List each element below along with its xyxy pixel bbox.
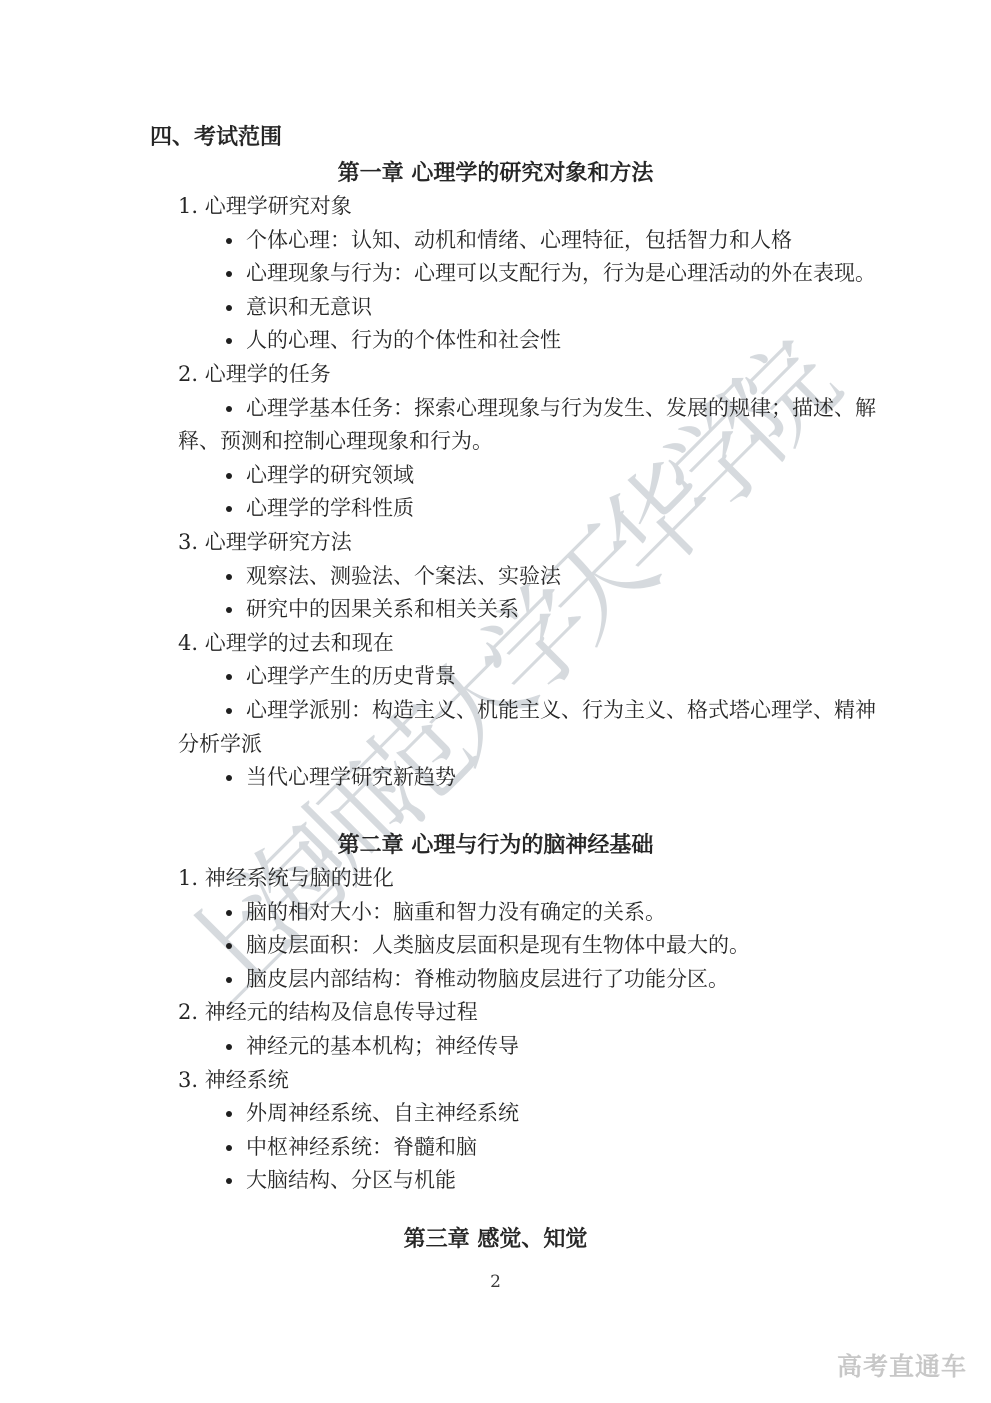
bullet-icon (226, 473, 232, 479)
item-text: 脑的相对大小：脑重和智力没有确定的关系。 (0, 896, 666, 930)
list-item-continuation: 分析学派 (0, 728, 991, 762)
item-text: 1. 心理学研究对象 (0, 190, 352, 224)
item-text: 研究中的因果关系和相关关系 (0, 593, 519, 627)
list-item: 3. 心理学研究方法 (0, 526, 991, 560)
chapter-3-title: 第三章 感觉、知觉 (0, 1222, 991, 1253)
list-item: 3. 神经系统 (0, 1064, 991, 1098)
list-item: 心理现象与行为：心理可以支配行为，行为是心理活动的外在表现。 (0, 257, 991, 291)
list-item: 1. 神经系统与脑的进化 (0, 862, 991, 896)
item-text: 3. 心理学研究方法 (0, 526, 352, 560)
list-item: 脑皮层内部结构：脊椎动物脑皮层进行了功能分区。 (0, 963, 991, 997)
bullet-icon (226, 977, 232, 983)
section-heading: 四、考试范围 (150, 120, 282, 151)
bullet-icon (226, 1044, 232, 1050)
item-text: 心理学派别：构造主义、机能主义、行为主义、格式塔心理学、精神 (0, 694, 876, 728)
item-text: 人的心理、行为的个体性和社会性 (0, 324, 561, 358)
page-number: 2 (0, 1272, 991, 1292)
list-item: 脑的相对大小：脑重和智力没有确定的关系。 (0, 896, 991, 930)
list-item: 观察法、测验法、个案法、实验法 (0, 560, 991, 594)
list-item-continuation: 释、预测和控制心理现象和行为。 (0, 425, 991, 459)
list-item: 意识和无意识 (0, 291, 991, 325)
list-item: 人的心理、行为的个体性和社会性 (0, 324, 991, 358)
item-text: 2. 神经元的结构及信息传导过程 (0, 996, 478, 1030)
item-text: 3. 神经系统 (0, 1064, 289, 1098)
bullet-icon (226, 1145, 232, 1151)
list-item: 个体心理：认知、动机和情绪、心理特征，包括智力和人格 (0, 224, 991, 258)
list-item: 2. 心理学的任务 (0, 358, 991, 392)
item-text: 中枢神经系统：脊髓和脑 (0, 1131, 477, 1165)
list-item: 4. 心理学的过去和现在 (0, 627, 991, 661)
list-item: 心理学的学科性质 (0, 492, 991, 526)
list-item: 脑皮层面积：人类脑皮层面积是现有生物体中最大的。 (0, 929, 991, 963)
document-page: 上海师范大学天华学院 四、考试范围 第一章 心理学的研究对象和方法 1. 心理学… (0, 0, 991, 1403)
item-text: 4. 心理学的过去和现在 (0, 627, 394, 661)
list-item: 大脑结构、分区与机能 (0, 1164, 991, 1198)
list-item: 心理学产生的历史背景 (0, 660, 991, 694)
chapter-2-body: 1. 神经系统与脑的进化 脑的相对大小：脑重和智力没有确定的关系。 脑皮层面积：… (0, 862, 991, 1198)
item-text: 个体心理：认知、动机和情绪、心理特征，包括智力和人格 (0, 224, 792, 258)
list-item: 心理学的研究领域 (0, 459, 991, 493)
bullet-icon (226, 708, 232, 714)
item-text: 意识和无意识 (0, 291, 372, 325)
item-text: 2. 心理学的任务 (0, 358, 331, 392)
bullet-icon (226, 406, 232, 412)
bullet-icon (226, 305, 232, 311)
bullet-icon (226, 910, 232, 916)
list-item: 当代心理学研究新趋势 (0, 761, 991, 795)
item-text: 心理学的研究领域 (0, 459, 414, 493)
item-text: 观察法、测验法、个案法、实验法 (0, 560, 561, 594)
list-item: 研究中的因果关系和相关关系 (0, 593, 991, 627)
list-item: 神经元的基本机构；神经传导 (0, 1030, 991, 1064)
list-item: 外周神经系统、自主神经系统 (0, 1097, 991, 1131)
item-text: 释、预测和控制心理现象和行为。 (0, 425, 493, 459)
item-text: 脑皮层内部结构：脊椎动物脑皮层进行了功能分区。 (0, 963, 729, 997)
bullet-icon (226, 238, 232, 244)
chapter-1-title: 第一章 心理学的研究对象和方法 (0, 156, 991, 187)
list-item: 心理学派别：构造主义、机能主义、行为主义、格式塔心理学、精神 (0, 694, 991, 728)
item-text: 心理现象与行为：心理可以支配行为，行为是心理活动的外在表现。 (0, 257, 876, 291)
item-text: 脑皮层面积：人类脑皮层面积是现有生物体中最大的。 (0, 929, 750, 963)
item-text: 心理学基本任务：探索心理现象与行为发生、发展的规律；描述、解 (0, 392, 876, 426)
bullet-icon (226, 574, 232, 580)
item-text: 神经元的基本机构；神经传导 (0, 1030, 519, 1064)
list-item: 心理学基本任务：探索心理现象与行为发生、发展的规律；描述、解 (0, 392, 991, 426)
item-text: 分析学派 (0, 728, 262, 762)
list-item: 2. 神经元的结构及信息传导过程 (0, 996, 991, 1030)
item-text: 心理学的学科性质 (0, 492, 414, 526)
list-item: 1. 心理学研究对象 (0, 190, 991, 224)
document-content: 四、考试范围 第一章 心理学的研究对象和方法 1. 心理学研究对象 个体心理：认… (0, 0, 991, 1403)
chapter-1-body: 1. 心理学研究对象 个体心理：认知、动机和情绪、心理特征，包括智力和人格 心理… (0, 190, 991, 795)
item-text: 外周神经系统、自主神经系统 (0, 1097, 519, 1131)
chapter-2-title: 第二章 心理与行为的脑神经基础 (0, 828, 991, 859)
list-item: 中枢神经系统：脊髓和脑 (0, 1131, 991, 1165)
item-text: 1. 神经系统与脑的进化 (0, 862, 394, 896)
